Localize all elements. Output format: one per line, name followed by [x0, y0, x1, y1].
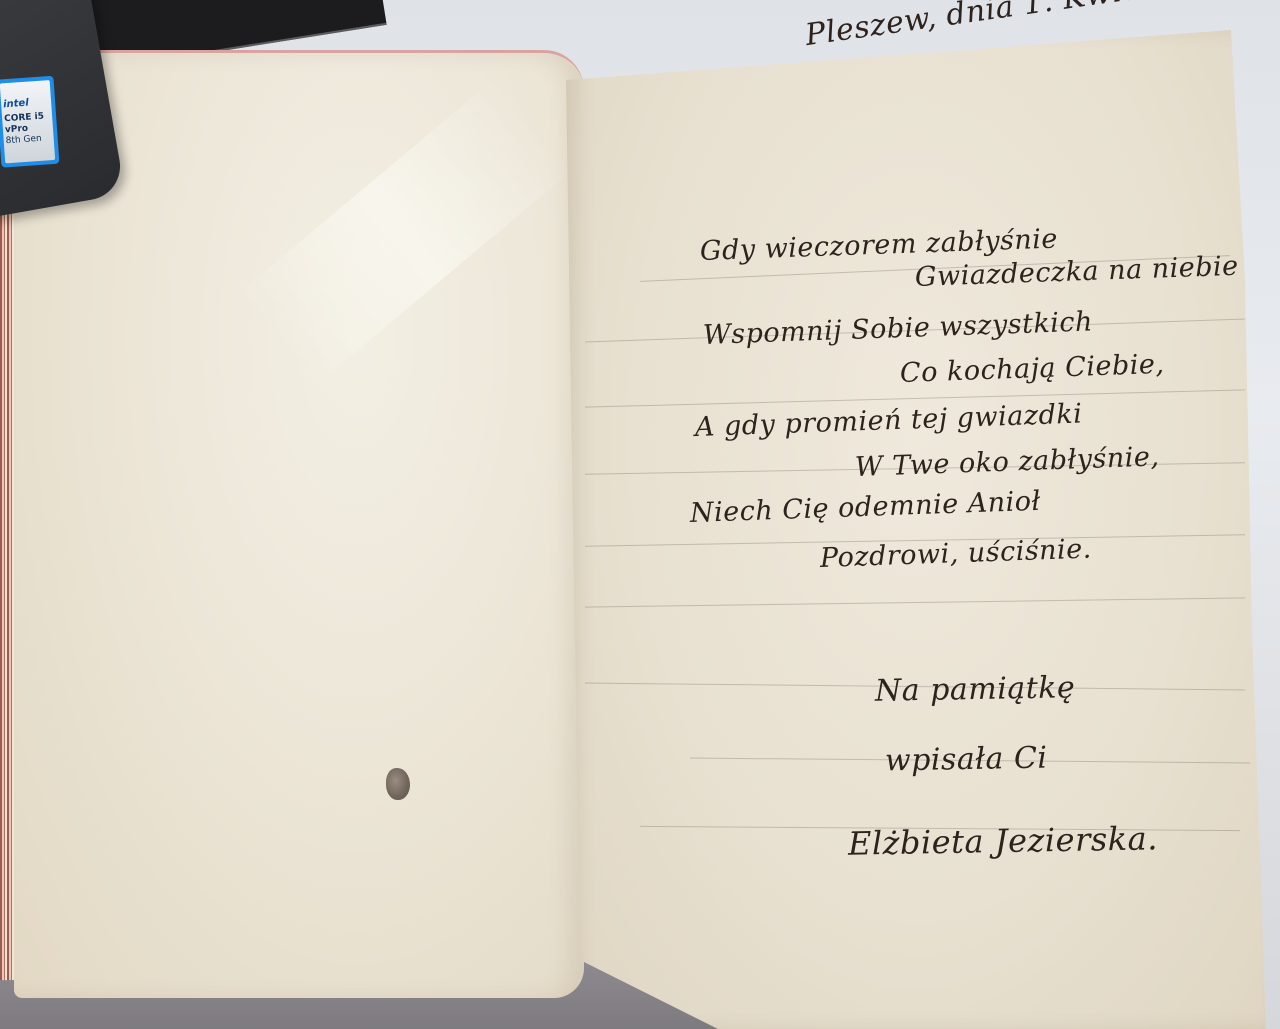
signature: Elżbieta Jezierska.	[848, 819, 1158, 862]
closing-line-1: Na pamiątkę	[875, 670, 1076, 708]
ink-blot	[386, 768, 410, 800]
album-right-page	[566, 30, 1266, 1029]
sticker-line-3: 8th Gen	[5, 133, 54, 147]
intel-logo: intel	[3, 96, 52, 110]
closing-line-2: wpisała Ci	[885, 741, 1048, 779]
cpu-sticker: intel CORE i5 vPro 8th Gen	[0, 76, 59, 168]
light-glare	[235, 78, 573, 388]
